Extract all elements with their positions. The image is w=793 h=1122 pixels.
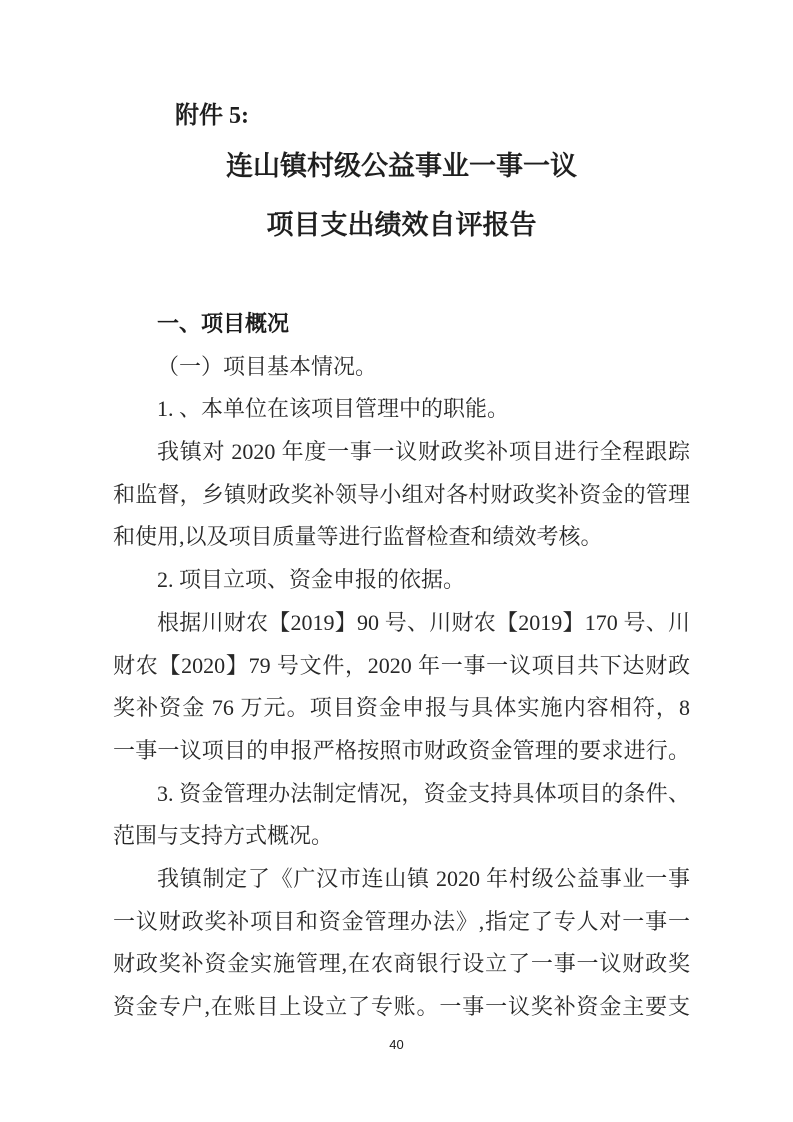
document-body: 一、项目概况（一）项目基本情况。1. 、本单位在该项目管理中的职能。我镇对 20… [113,303,690,1029]
text-line: 我镇制定了《广汉市连山镇 2020 年村级公益事业一事 [113,858,690,901]
text-line: 一事一议项目的申报严格按照市财政资金管理的要求进行。 [113,730,690,773]
text-line: 财政奖补资金实施管理,在农商银行设立了一事一议财政奖 [113,943,690,986]
document-title: 连山镇村级公益事业一事一议 项目支出绩效自评报告 [113,137,690,255]
text-line: 一议财政奖补项目和资金管理办法》,指定了专人对一事一议 [113,901,690,944]
section-heading: 一、项目概况 [113,303,690,346]
text-line: 2. 项目立项、资金申报的依据。 [113,559,690,602]
text-line: 财农【2020】79 号文件，2020 年一事一议项目共下达财政 [113,645,690,688]
text-line: 和使用,以及项目质量等进行监督检查和绩效考核。 [113,516,690,559]
text-line: 3. 资金管理办法制定情况，资金支持具体项目的条件、 [113,773,690,816]
title-line-2: 项目支出绩效自评报告 [113,196,690,255]
text-line: （一）项目基本情况。 [113,346,690,389]
text-line: 范围与支持方式概况。 [113,815,690,858]
attachment-label: 附件 5: [175,95,249,130]
text-line: 和监督，乡镇财政奖补领导小组对各村财政奖补资金的管理 [113,474,690,517]
text-line: 根据川财农【2019】90 号、川财农【2019】170 号、川 [113,602,690,645]
text-line: 奖补资金 76 万元。项目资金申报与具体实施内容相符，8 个 [113,687,690,730]
text-line: 我镇对 2020 年度一事一议财政奖补项目进行全程跟踪 [113,431,690,474]
text-line: 1. 、本单位在该项目管理中的职能。 [113,388,690,431]
text-line: 资金专户,在账目上设立了专账。一事一议奖补资金主要支持 [113,986,690,1029]
document-page: 附件 5: 连山镇村级公益事业一事一议 项目支出绩效自评报告 一、项目概况（一）… [0,0,793,1122]
title-line-1: 连山镇村级公益事业一事一议 [113,137,690,196]
page-number: 40 [0,1037,793,1052]
